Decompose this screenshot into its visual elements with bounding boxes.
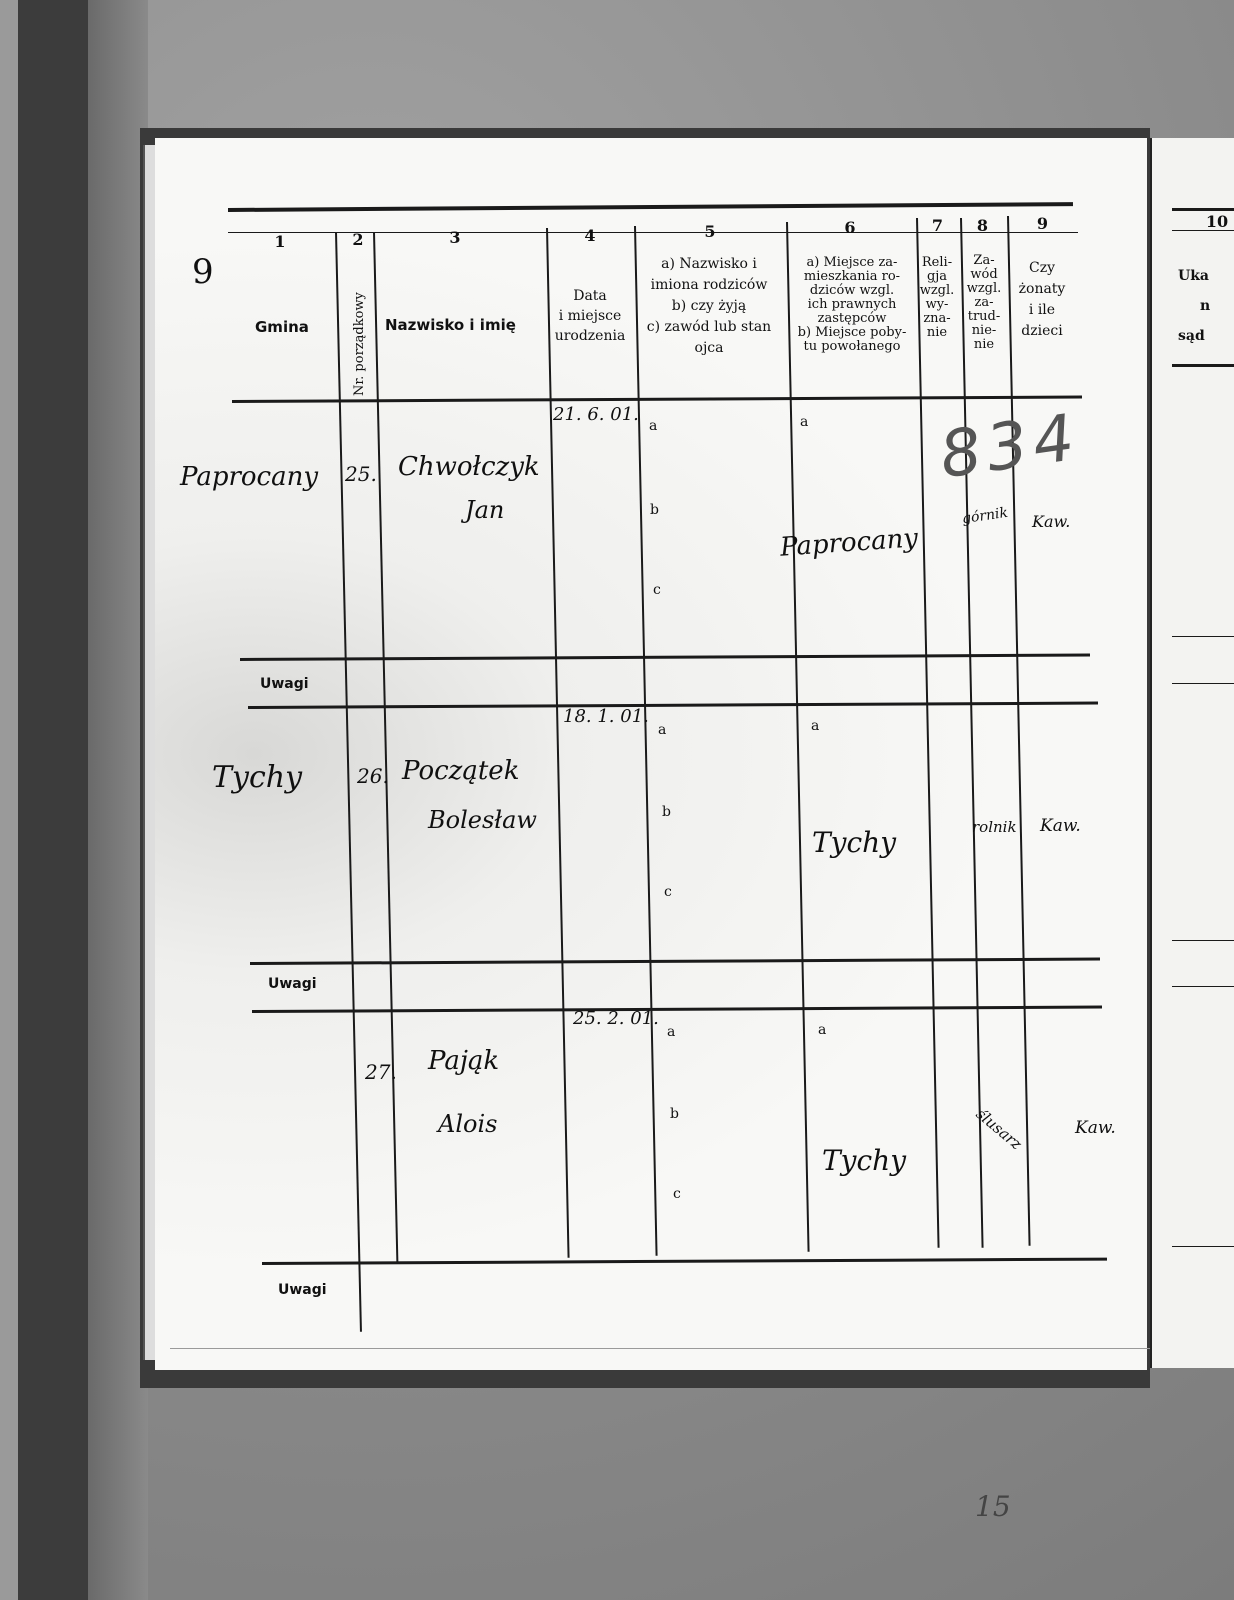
record-residence: Tychy xyxy=(812,826,896,859)
remarks-label-2: Uwagi xyxy=(268,976,317,992)
header-zawod: Za- wód wzgl. za- trud- nie- nie xyxy=(960,254,1008,352)
header-gmina: Gmina xyxy=(255,318,309,336)
sub-label-a: a xyxy=(667,1024,675,1040)
sub-label-a: a xyxy=(811,718,819,734)
col-num-8: 8 xyxy=(970,216,995,235)
col-num-4: 4 xyxy=(575,226,605,245)
sub-label-a: a xyxy=(649,418,657,434)
col-num-2: 2 xyxy=(343,230,373,249)
next-header-line-1: Uka xyxy=(1178,268,1209,284)
record-nr: 25. xyxy=(345,462,377,486)
record-birth-date: 18. 1. 01. xyxy=(563,706,649,727)
col-num-5: 5 xyxy=(695,222,725,241)
record-surname: Początek xyxy=(402,756,519,786)
remarks-label-3: Uwagi xyxy=(278,1282,327,1298)
next-header-line-3: sąd xyxy=(1178,328,1205,344)
sub-label-a: a xyxy=(658,722,666,738)
header-nazwisko-imie: Nazwisko i imię xyxy=(385,316,516,334)
sub-label-b: b xyxy=(662,804,671,820)
next-column-number: 10 xyxy=(1202,212,1232,231)
col-num-3: 3 xyxy=(440,228,470,247)
record-marital: Kaw. xyxy=(1032,512,1070,531)
record-given-name: Alois xyxy=(438,1110,497,1138)
record-residence: Tychy xyxy=(822,1144,906,1177)
header-religja: Reli- gja wzgl. wy- zna- nie xyxy=(914,256,960,340)
record-given-name: Jan xyxy=(465,496,504,524)
record-nr: 26. xyxy=(357,764,389,788)
record-gmina: Tychy xyxy=(212,760,302,795)
record-birth-date: 21. 6. 01. xyxy=(553,404,639,425)
record-marital: Kaw. xyxy=(1075,1118,1116,1138)
record-surname: Chwołczyk xyxy=(398,452,540,482)
sub-label-c: c xyxy=(673,1186,681,1202)
next-header-line-2: n xyxy=(1200,298,1210,314)
record-marital: Kaw. xyxy=(1040,816,1081,836)
record-nr: 27. xyxy=(365,1060,397,1084)
scan-binding-shadow xyxy=(18,0,88,1600)
bottom-pencil-mark: 15 xyxy=(975,1490,1011,1523)
header-zonaty: Czy żonaty i ile dzieci xyxy=(1010,260,1074,339)
header-nr-porzadkowy: Nr. porządkowy xyxy=(352,292,367,396)
col-num-7: 7 xyxy=(925,216,950,235)
header-miejsce-zamieszkania: a) Miejsce za- mieszkania ro- dziców wzg… xyxy=(788,256,916,354)
record-birth-date: 25. 2. 01. xyxy=(573,1008,659,1029)
remarks-label-1: Uwagi xyxy=(260,676,309,692)
header-data-urodzenia: Data i miejsce urodzenia xyxy=(550,288,630,344)
record-occupation: rolnik xyxy=(972,818,1017,836)
next-page-fragment: 10 Uka n sąd xyxy=(1150,138,1234,1368)
record-given-name: Bolesław xyxy=(428,806,537,834)
sub-label-c: c xyxy=(664,884,672,900)
sub-label-a: a xyxy=(800,414,808,430)
col-num-9: 9 xyxy=(1030,214,1055,233)
scan-border xyxy=(0,0,18,1600)
page-number: 9 xyxy=(192,252,214,292)
record-surname: Pająk xyxy=(428,1046,499,1076)
col-num-6: 6 xyxy=(835,218,865,237)
sub-label-b: b xyxy=(670,1106,679,1122)
sub-label-c: c xyxy=(653,582,661,598)
header-rodzice: a) Nazwisko i imiona rodziców b) czy żyj… xyxy=(630,256,788,356)
col-num-1: 1 xyxy=(260,232,300,251)
sub-label-b: b xyxy=(650,502,659,518)
record-gmina: Paprocany xyxy=(180,462,318,492)
scan-background xyxy=(88,0,148,1600)
sub-label-a: a xyxy=(818,1022,826,1038)
